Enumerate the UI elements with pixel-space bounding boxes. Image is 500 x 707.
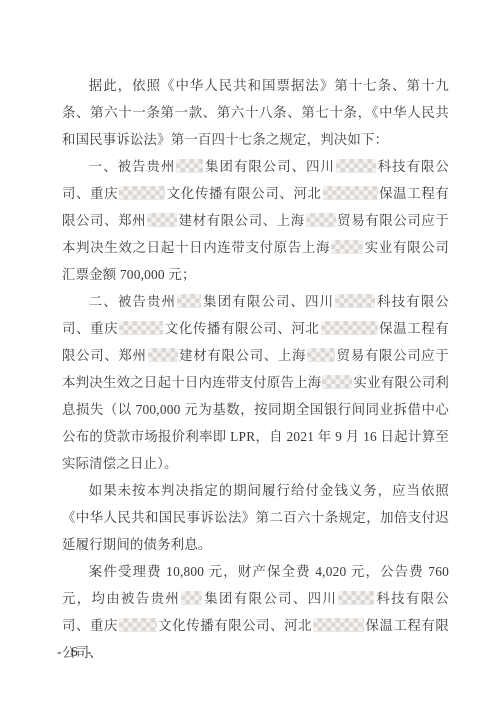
paragraph-judgment-item-2: 二、被告贵州集团有限公司、四川科技有限公司、重庆文化传播有限公司、河北保温工程有… <box>62 288 449 477</box>
redaction-mosaic <box>119 186 165 200</box>
document-body: 据此，依照《中华人民共和国票据法》第十七条、第十九条、第六十一条第一款、第六十八… <box>62 72 449 666</box>
paragraph-court-fees: 案件受理费 10,800 元，财产保全费 4,020 元，公告费 760 元，均… <box>62 558 449 666</box>
redaction-mosaic <box>313 618 364 632</box>
redaction-mosaic <box>306 213 336 227</box>
page-number: - 6 - <box>57 644 95 660</box>
judgment-document-page: 据此，依照《中华人民共和国票据法》第十七条、第十九条、第六十一条第一款、第六十八… <box>0 0 500 707</box>
redaction-mosaic <box>177 294 201 308</box>
redaction-mosaic <box>335 294 375 308</box>
redaction-mosaic <box>181 591 202 605</box>
redaction-mosaic <box>148 348 178 362</box>
paragraph-judgment-item-1: 一、被告贵州集团有限公司、四川科技有限公司、重庆文化传播有限公司、河北保温工程有… <box>62 153 449 288</box>
redaction-mosaic <box>331 240 363 254</box>
redaction-mosaic <box>323 186 378 200</box>
redaction-mosaic <box>119 618 157 632</box>
redaction-mosaic <box>147 213 177 227</box>
redaction-mosaic <box>338 591 374 605</box>
redaction-mosaic <box>321 321 378 335</box>
redaction-mosaic <box>336 159 376 173</box>
redaction-mosaic <box>176 159 203 173</box>
redaction-mosaic <box>322 375 352 389</box>
redaction-mosaic <box>307 348 335 362</box>
redaction-mosaic <box>119 321 163 335</box>
paragraph-delayed-performance-clause: 如果未按本判决指定的期间履行给付金钱义务，应当依照《中华人民共和国民事诉讼法》第… <box>62 477 449 558</box>
paragraph-ruling-basis: 据此，依照《中华人民共和国票据法》第十七条、第十九条、第六十一条第一款、第六十八… <box>62 72 449 153</box>
